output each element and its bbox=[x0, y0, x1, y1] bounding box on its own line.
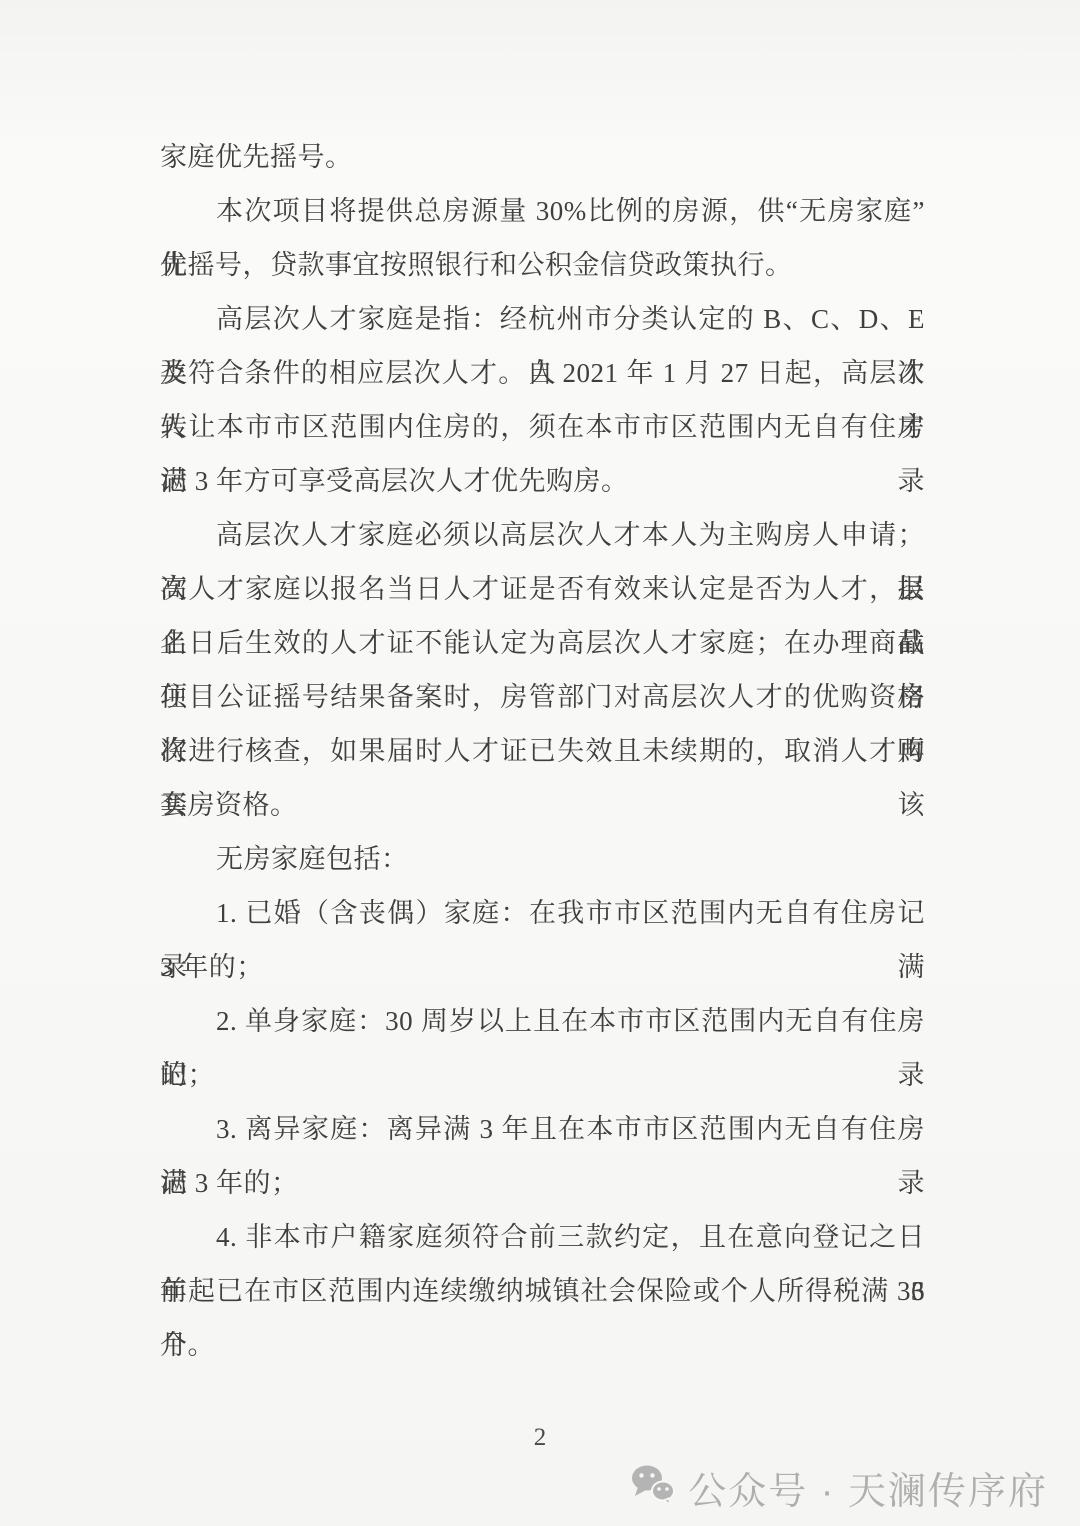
text-line: 高层次人才家庭是指：经杭州市分类认定的 B、C、D、E 类人才 bbox=[160, 292, 925, 346]
text-line: 项目公证摇号结果备案时，房管部门对高层次人才的优购资格将再 bbox=[160, 670, 925, 724]
text-line: 次人才家庭以报名当日人才证是否有效来认定是否为人才，报名截 bbox=[160, 562, 925, 616]
text-line: 3. 离异家庭：离异满 3 年且在本市市区范围内无自有住房记录 bbox=[160, 1102, 925, 1156]
text-line: 止日后生效的人才证不能认定为高层次人才家庭；在办理商品住房 bbox=[160, 616, 925, 670]
text-line: 年起已在市区范围内连续缴纳城镇社会保险或个人所得税满 36 个 bbox=[160, 1264, 925, 1318]
text-line: 无房家庭包括： bbox=[160, 832, 925, 886]
text-line: 1. 已婚（含丧偶）家庭：在我市市区范围内无自有住房记录满 bbox=[160, 886, 925, 940]
text-line: 4. 非本市户籍家庭须符合前三款约定，且在意向登记之日前 3 bbox=[160, 1210, 925, 1264]
body-text: 家庭优先摇号。 本次项目将提供总房源量 30%比例的房源，供“无房家庭”优 先摇… bbox=[160, 130, 925, 1372]
watermark: 公众号 · 天澜传序府 bbox=[630, 1460, 1048, 1515]
text-line: 高层次人才家庭必须以高层次人才本人为主购房人申请；高层 bbox=[160, 508, 925, 562]
watermark-text: 公众号 · 天澜传序府 bbox=[688, 1460, 1048, 1515]
text-line: 次进行核查，如果届时人才证已失效且未续期的，取消人才购买该 bbox=[160, 724, 925, 778]
text-line: 先摇号，贷款事宜按照银行和公积金信贷政策执行。 bbox=[160, 238, 925, 292]
text-line: 转让本市市区范围内住房的，须在本市市区范围内无自有住房记录 bbox=[160, 400, 925, 454]
text-line: 本次项目将提供总房源量 30%比例的房源，供“无房家庭”优 bbox=[160, 184, 925, 238]
text-line: 2. 单身家庭：30 周岁以上且在本市市区范围内无自有住房记录 bbox=[160, 994, 925, 1048]
text-line: 及符合条件的相应层次人才。自 2021 年 1 月 27 日起，高层次人才 bbox=[160, 346, 925, 400]
text-line: 月。 bbox=[160, 1318, 925, 1372]
document-page: 家庭优先摇号。 本次项目将提供总房源量 30%比例的房源，供“无房家庭”优 先摇… bbox=[0, 0, 1080, 1526]
wechat-icon bbox=[630, 1464, 676, 1511]
text-line: 家庭优先摇号。 bbox=[160, 130, 925, 184]
page-number: 2 bbox=[0, 1420, 1080, 1456]
